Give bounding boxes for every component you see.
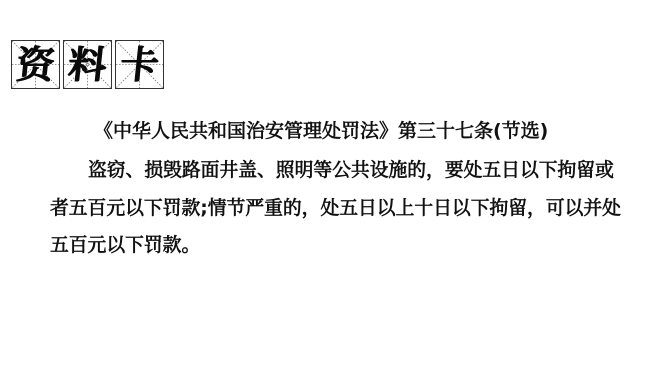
article-line-2: 者五百元以下罚款;情节严重的，处五日以上十日以下拘留，可以并处 — [50, 190, 640, 228]
article-line-1: 盗窃、损毁路面井盖、照明等公共设施的，要处五日以下拘留或 — [50, 152, 640, 190]
article-line-3: 五百元以下罚款。 — [50, 227, 640, 265]
title-char-1: 资 — [10, 41, 62, 88]
calligraphy-grid-box: 料 — [63, 40, 112, 89]
article-heading: 《中华人民共和国治安管理处罚法》第三十七条(节选) — [94, 119, 548, 143]
article-body: 盗窃、损毁路面井盖、照明等公共设施的，要处五日以下拘留或 者五百元以下罚款;情节… — [50, 152, 640, 265]
calligraphy-grid-box: 资 — [11, 40, 60, 89]
calligraphy-grid-box: 卡 — [115, 40, 164, 89]
title-card: 资 料 卡 — [11, 40, 164, 89]
title-char-3: 卡 — [114, 41, 166, 88]
title-char-2: 料 — [62, 41, 114, 88]
